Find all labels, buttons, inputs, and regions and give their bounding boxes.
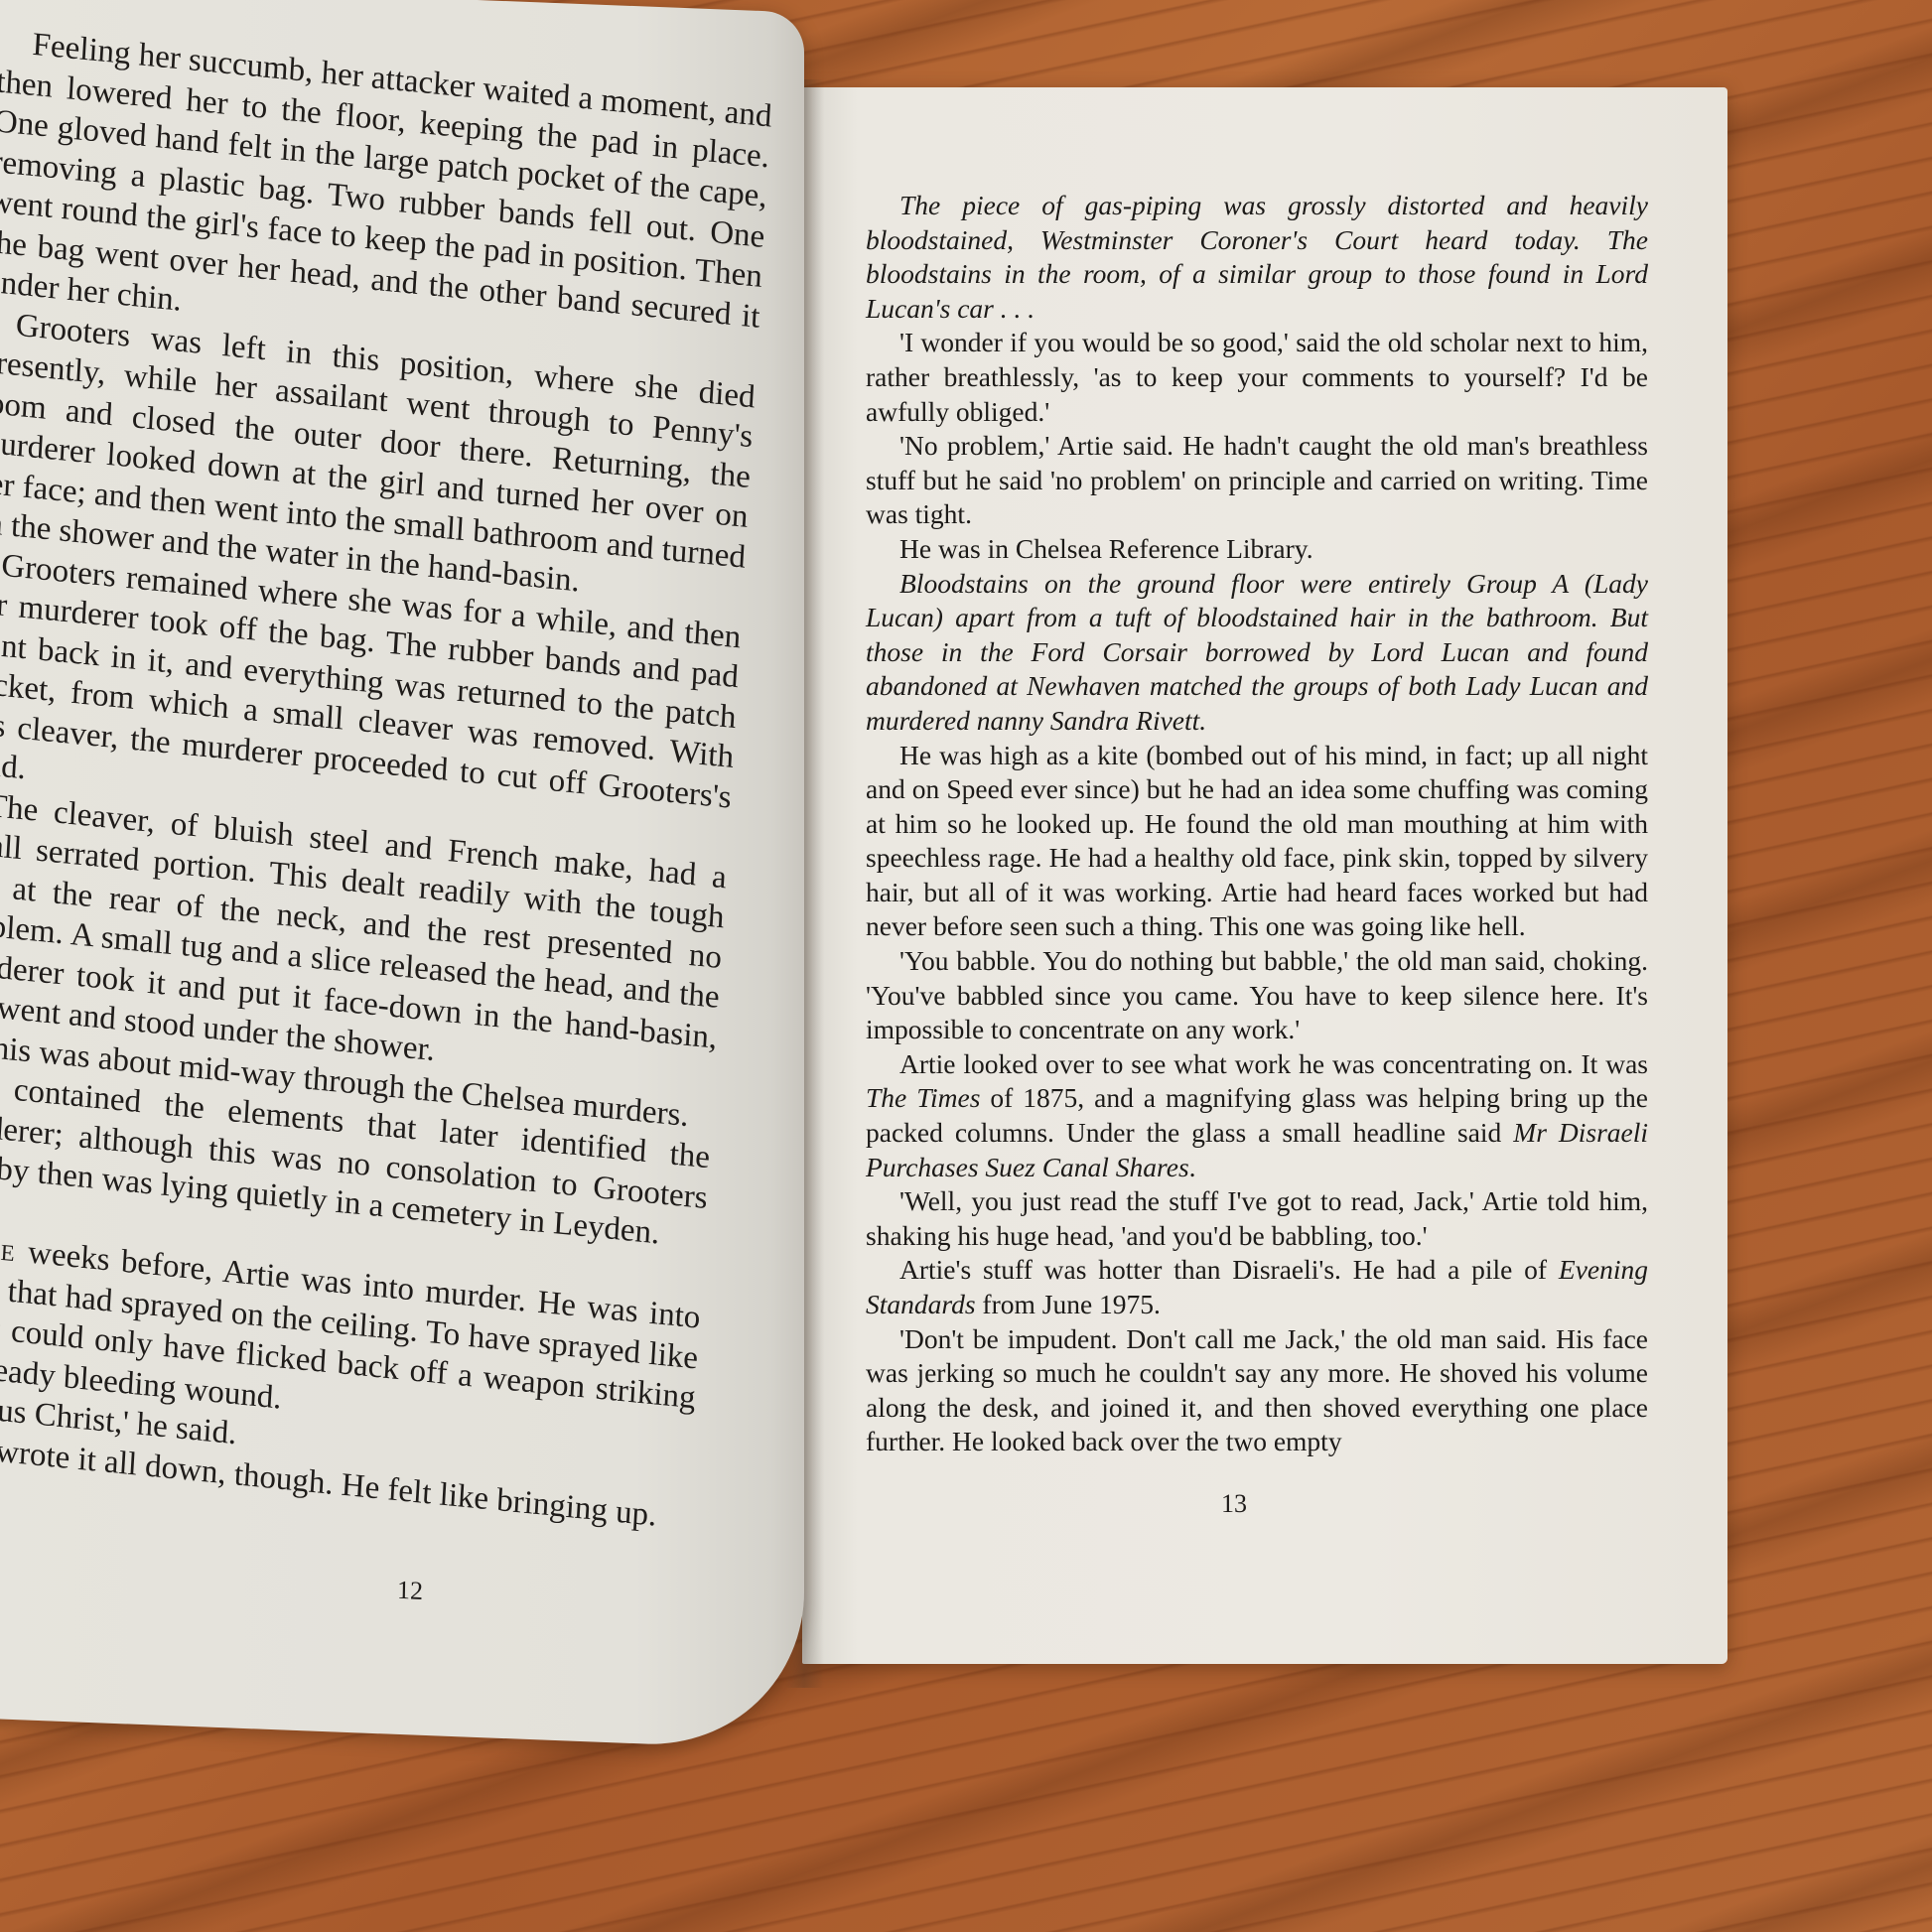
paragraph: 'You babble. You do nothing but babble,'… — [866, 944, 1648, 1047]
paragraph: Artie's stuff was hotter than Disraeli's… — [866, 1253, 1648, 1321]
paragraph: 'I wonder if you would be so good,' said… — [866, 326, 1648, 429]
paragraph: 'No problem,' Artie said. He hadn't caug… — [866, 429, 1648, 532]
paragraph: 'Well, you just read the stuff I've got … — [866, 1184, 1648, 1253]
italic-title: The Times — [866, 1082, 980, 1113]
left-page-text: Feeling her succumb, her attacker waited… — [0, 22, 773, 1539]
text-run: from June 1975. — [976, 1289, 1161, 1319]
text-run: . — [1189, 1152, 1196, 1182]
text-run: Artie looked over to see what work he wa… — [899, 1048, 1648, 1079]
page-number-left: 12 — [397, 1576, 424, 1606]
paragraph: He was in Chelsea Reference Library. — [866, 532, 1648, 567]
page-number-right: 13 — [1221, 1489, 1247, 1519]
italic-quote-paragraph: The piece of gas-piping was grossly dist… — [866, 189, 1648, 326]
paragraph: He was high as a kite (bombed out of his… — [866, 739, 1648, 945]
paragraph: Artie looked over to see what work he wa… — [866, 1047, 1648, 1184]
left-page: Feeling her succumb, her attacker waited… — [0, 0, 804, 1750]
paragraph: 'Don't be impudent. Don't call me Jack,'… — [866, 1322, 1648, 1459]
italic-quote-paragraph: Bloodstains on the ground floor were ent… — [866, 567, 1648, 739]
text-run: Artie's stuff was hotter than Disraeli's… — [899, 1254, 1559, 1285]
right-page-text: The piece of gas-piping was grossly dist… — [866, 189, 1648, 1459]
